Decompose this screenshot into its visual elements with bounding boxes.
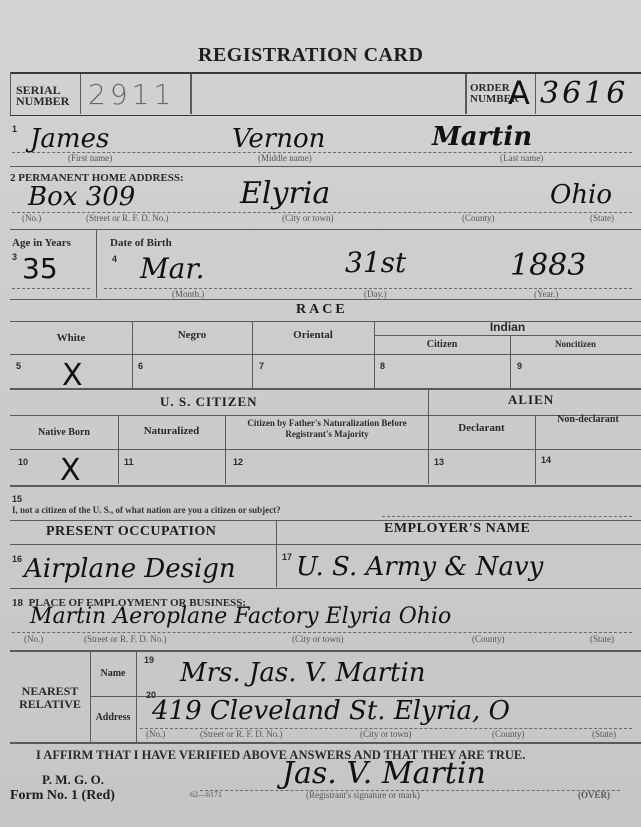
employment-city-caption: (City or town): [292, 634, 344, 644]
relative-address-value: 419 Cleveland St. Elyria, O: [152, 696, 510, 726]
field-number-8: 8: [380, 361, 385, 371]
over-note: (OVER): [578, 790, 610, 800]
naturalized-label: Naturalized: [118, 425, 225, 437]
first-name-value: James: [30, 124, 109, 154]
employer-header: EMPLOYER'S NAME: [384, 521, 530, 537]
address-street-caption: (Street or R. F. D. No.): [86, 213, 169, 223]
native-born-mark[interactable]: X: [60, 453, 81, 488]
order-number-prefix: A: [508, 74, 530, 112]
race-white-label: White: [10, 332, 132, 344]
order-number-value: 3616: [540, 76, 628, 111]
field-number-10: 10: [18, 457, 28, 467]
alien-header: ALIEN: [508, 392, 554, 408]
occupation-value: Airplane Design: [24, 554, 236, 584]
home-address-street: Box 309: [28, 182, 135, 212]
field-number-7: 7: [259, 361, 264, 371]
home-address-city: Elyria: [240, 176, 330, 211]
field-number-12: 12: [233, 457, 243, 467]
field-number-16: 16: [12, 554, 22, 564]
employment-street-caption: (Street or R. F. D. No.): [84, 634, 167, 644]
nation-question: I, not a citizen of the U. S., of what n…: [12, 505, 281, 515]
field-number-9: 9: [517, 361, 522, 371]
relative-no-caption: (No.): [146, 729, 165, 739]
field-number-13: 13: [434, 457, 444, 467]
relative-address-label: Address: [90, 712, 136, 723]
birth-month-value: Mar.: [140, 252, 205, 285]
relative-name-label: Name: [90, 668, 136, 679]
birth-day-caption: (Day.): [364, 289, 387, 299]
us-citizen-header: U. S. CITIZEN: [160, 394, 258, 410]
birth-month-caption: (Month.): [172, 289, 204, 299]
middle-name-value: Vernon: [232, 124, 325, 154]
race-indian-header: Indian: [374, 320, 641, 334]
race-negro-label: Negro: [132, 329, 252, 341]
birth-year-value: 1883: [510, 248, 586, 283]
race-white-mark[interactable]: X: [62, 358, 83, 393]
native-born-label: Native Born: [10, 427, 118, 438]
field-number-17: 17: [282, 552, 292, 562]
first-name-caption: (First name): [68, 153, 112, 163]
serial-number-value: 2911: [88, 78, 175, 111]
field-number-19: 19: [144, 655, 154, 665]
relative-street-caption: (Street or R. F. D. No.): [200, 729, 283, 739]
birth-day-value: 31st: [345, 246, 406, 279]
employment-state-caption: (State): [590, 634, 614, 644]
signature-caption: (Registrant's signature or mark): [306, 790, 420, 800]
date-of-birth-label: Date of Birth: [110, 237, 172, 249]
address-city-caption: (City or town): [282, 213, 334, 223]
age-label: Age in Years: [12, 237, 71, 249]
employer-value: U. S. Army & Navy: [296, 552, 543, 582]
relative-state-caption: (State): [592, 729, 616, 739]
field-number-11: 11: [124, 457, 134, 467]
serial-number-label: SERIAL NUMBER: [16, 85, 69, 107]
address-no-caption: (No.): [22, 213, 41, 223]
agency-label: P. M. G. O.: [42, 772, 104, 788]
non-declarant-label: Non-declarant: [548, 414, 628, 426]
print-code: 62—6171: [190, 790, 222, 799]
declarant-label: Declarant: [428, 422, 535, 434]
relative-name-value: Mrs. Jas. V. Martin: [180, 658, 426, 688]
race-oriental-label: Oriental: [252, 329, 374, 341]
age-value: 35: [22, 252, 58, 285]
form-number: Form No. 1 (Red): [10, 788, 115, 804]
field-number-4: 4: [112, 254, 117, 264]
employment-county-caption: (County): [472, 634, 505, 644]
race-header: RACE: [296, 302, 348, 318]
employment-no-caption: (No.): [24, 634, 43, 644]
last-name-value: Martin: [432, 122, 532, 152]
citizen-by-father-label: Citizen by Father's Naturalization Befor…: [232, 418, 422, 440]
home-address-state: Ohio: [550, 180, 612, 210]
birth-year-caption: (Year.): [534, 289, 558, 299]
field-number-15: 15: [12, 494, 22, 504]
field-number-5: 5: [16, 361, 21, 371]
registrant-signature: Jas. V. Martin: [282, 756, 486, 791]
race-indian-noncitizen-label: Noncitizen: [510, 339, 641, 349]
place-of-employment-value: Martin Aeroplane Factory Elyria Ohio: [30, 604, 451, 629]
field-number-3: 3: [12, 252, 17, 262]
last-name-caption: (Last name): [500, 153, 543, 163]
address-county-caption: (County): [462, 213, 495, 223]
race-indian-citizen-label: Citizen: [374, 339, 510, 350]
relative-city-caption: (City or town): [360, 729, 412, 739]
middle-name-caption: (Middle name): [258, 153, 312, 163]
field-number-1: 1: [12, 124, 17, 134]
nearest-relative-label: NEAREST RELATIVE: [10, 685, 90, 711]
relative-county-caption: (County): [492, 729, 525, 739]
registration-card: REGISTRATION CARD SERIAL NUMBER 2911 ORD…: [0, 0, 641, 827]
field-number-14: 14: [541, 455, 551, 465]
field-number-6: 6: [138, 361, 143, 371]
occupation-header: PRESENT OCCUPATION: [46, 524, 216, 540]
address-state-caption: (State): [590, 213, 614, 223]
card-title: REGISTRATION CARD: [198, 44, 423, 67]
